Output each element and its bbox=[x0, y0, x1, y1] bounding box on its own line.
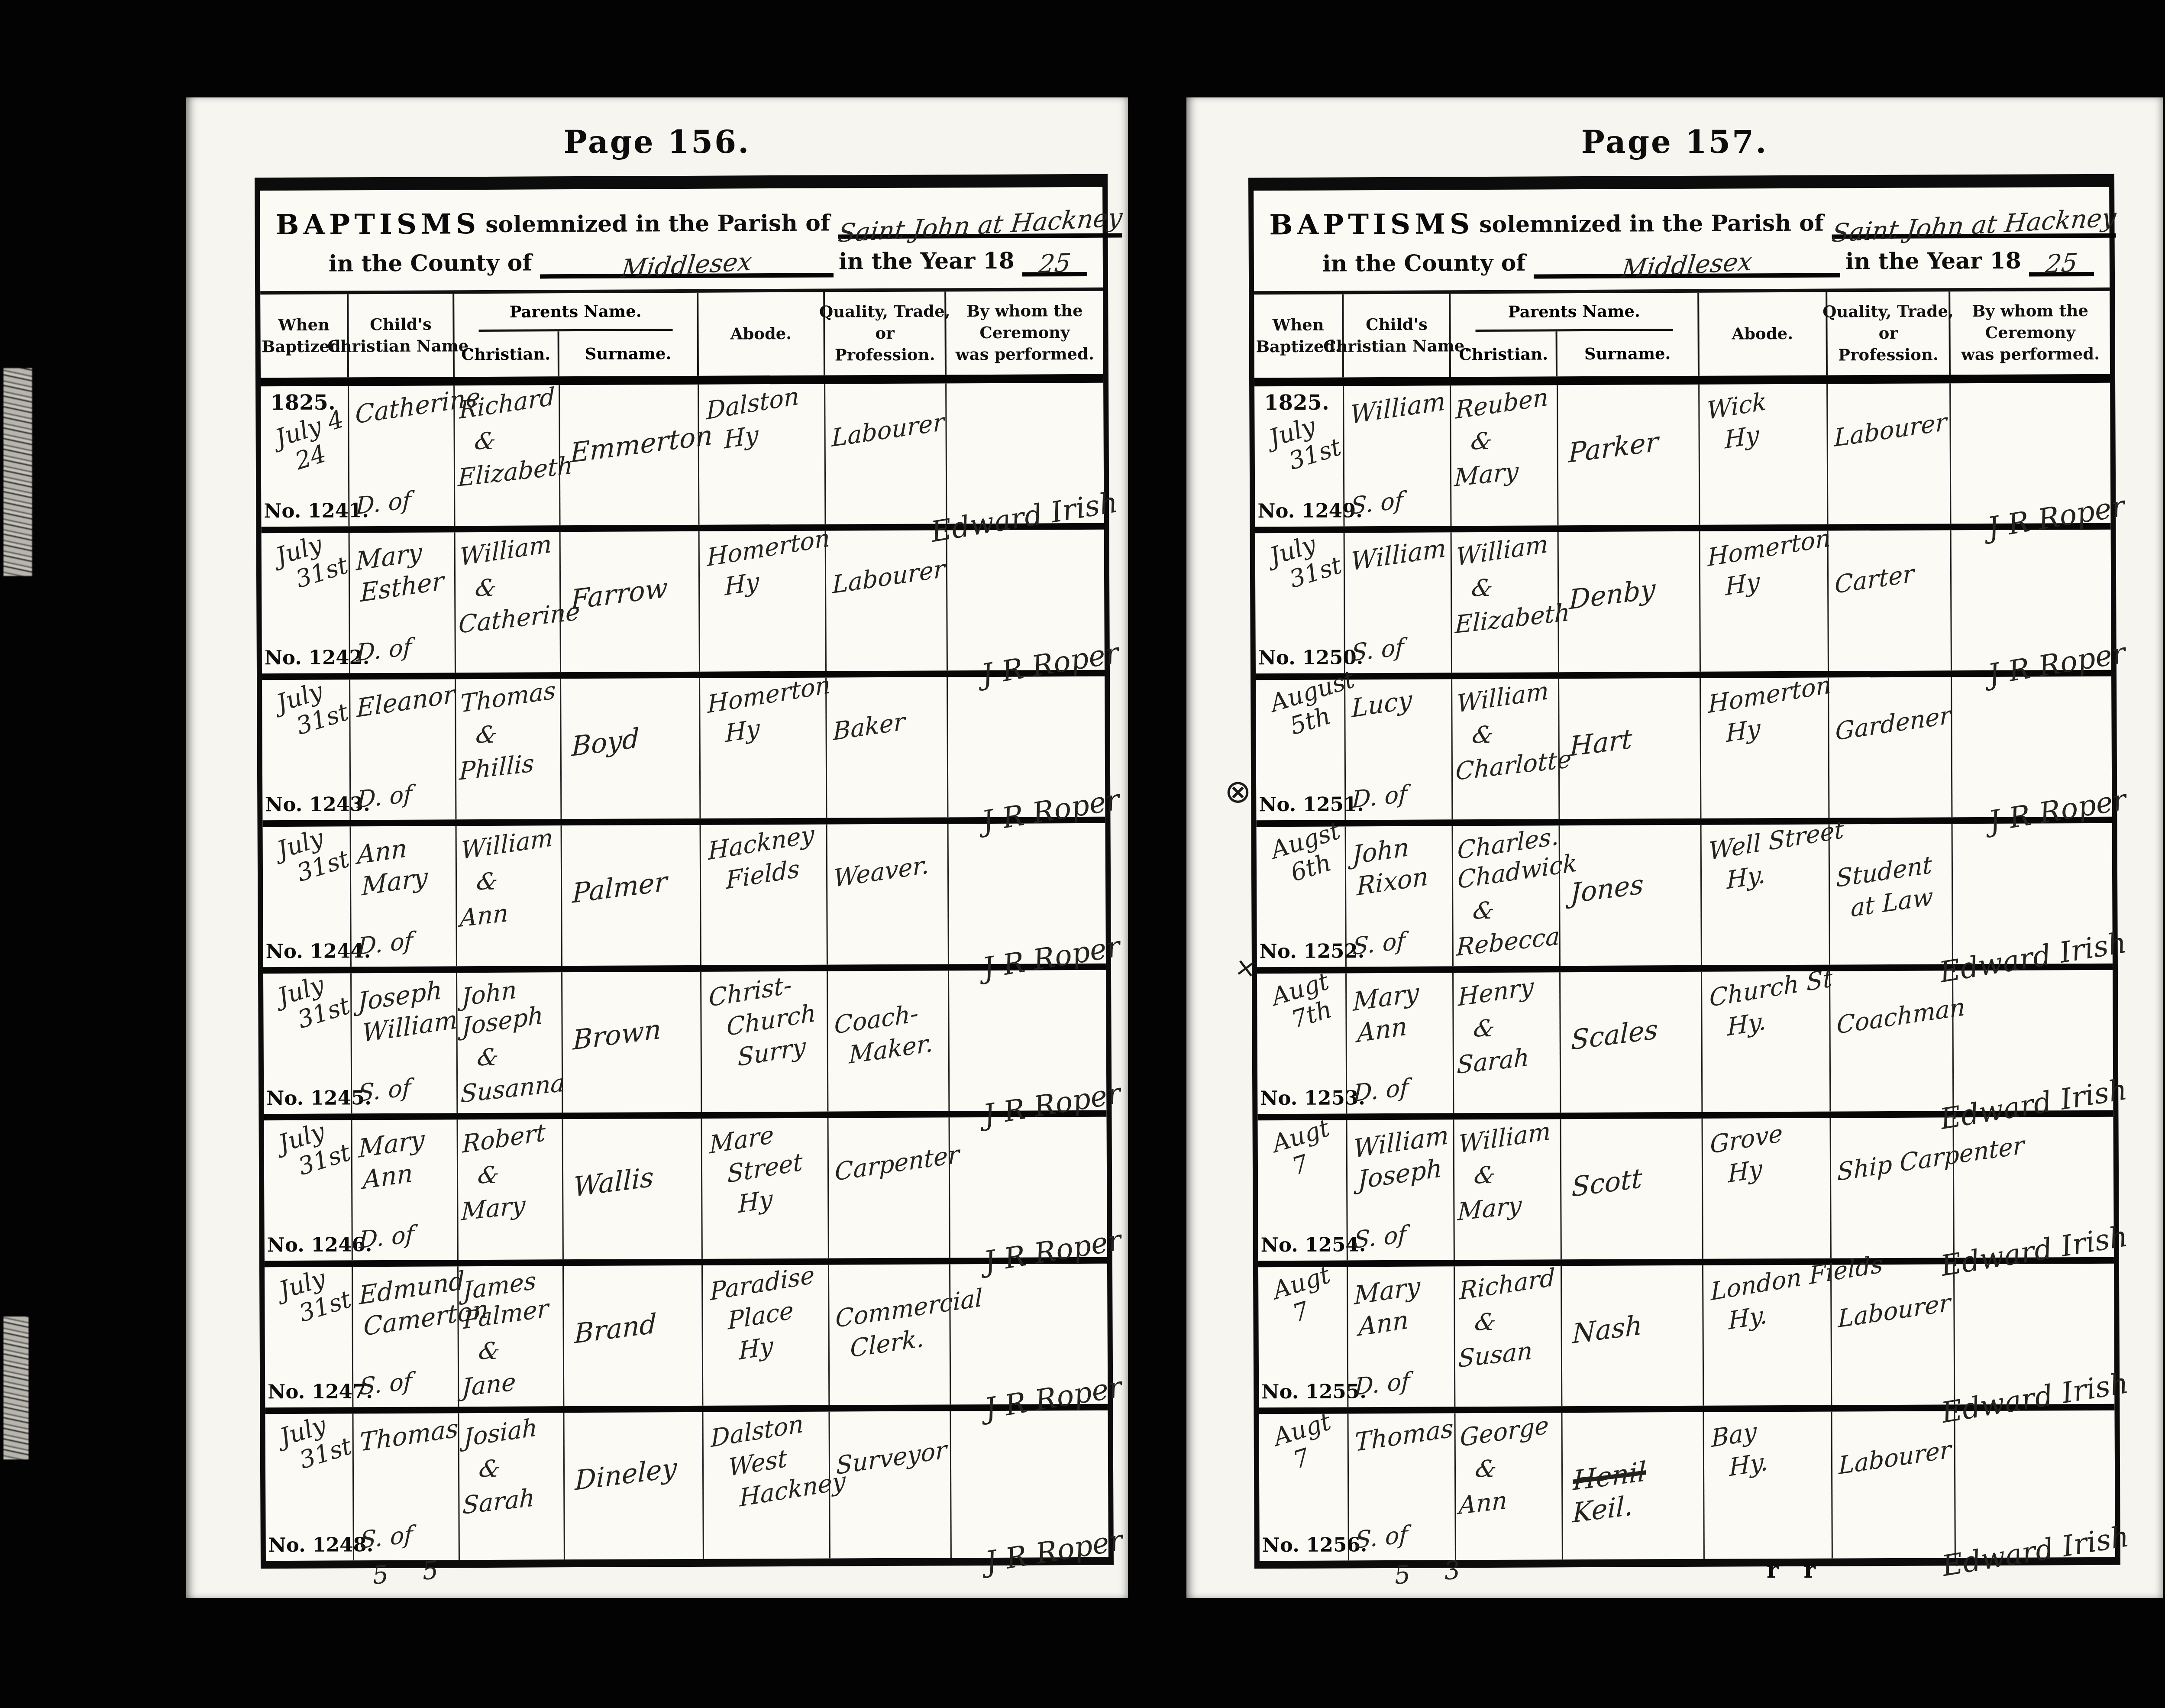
ampersand: & bbox=[474, 867, 563, 895]
quality-trade-cell: Gardener bbox=[1829, 677, 1953, 818]
when-baptized-cell: Augt7No. 1255. bbox=[1258, 1267, 1349, 1407]
father-christian-name: JamesPalmer bbox=[463, 1262, 562, 1336]
parent-surname-cell: Wallis bbox=[563, 1119, 702, 1259]
mother-christian-name: Rebecca bbox=[1456, 922, 1560, 963]
ceremony-by-cell: Edward Irish bbox=[1953, 970, 2113, 1111]
abode: HomertonHy bbox=[707, 524, 825, 606]
child-christian-name: MaryEsther bbox=[356, 532, 453, 609]
ceremony-by-cell: Edward Irish bbox=[1954, 1117, 2114, 1258]
parent-christian-cell: Thomas&Phillis bbox=[456, 679, 562, 819]
table-row: July31stNo. 1246.MaryAnnD. ofRobert&Mary… bbox=[264, 1117, 1107, 1267]
baptism-date: Augt7 bbox=[1270, 1402, 1361, 1478]
mother-christian-name: Susanna bbox=[460, 1069, 562, 1109]
register-rows: 1825.July31stNo. 1249.WilliamS. ofReuben… bbox=[1254, 383, 2115, 1561]
quality-trade-cell: Labourer bbox=[1832, 1264, 1955, 1405]
child-christian-name: WilliamJoseph bbox=[1354, 1119, 1452, 1196]
column-headers: WhenBaptized. Child'sChristian Name. Par… bbox=[260, 291, 1103, 386]
quality-trade-cell: Labourer bbox=[1828, 383, 1952, 524]
parent-surname-cell: Hart bbox=[1560, 678, 1701, 819]
abode: HomertonHy bbox=[1707, 523, 1827, 606]
when-baptized-cell: July31stNo. 1247. bbox=[265, 1267, 354, 1407]
mother-christian-name: Jane bbox=[461, 1362, 563, 1403]
table-row: Augt7No. 1256.ThomasS. ofGeorge&AnnHenil… bbox=[1259, 1410, 2115, 1561]
mother-christian-name: Sarah bbox=[1457, 1040, 1560, 1080]
parents-name-label: Parents Name. bbox=[1476, 293, 1673, 332]
parent-surname-cell: HenilKeil. bbox=[1563, 1412, 1705, 1559]
quality-trade-cell: Weaver. bbox=[827, 824, 949, 964]
year-handwritten-value: 25 bbox=[2044, 248, 2079, 279]
mother-christian-name: Mary bbox=[461, 1187, 562, 1227]
ceremony-by-cell: J R Roper bbox=[949, 970, 1106, 1111]
quality-trade: Labourer bbox=[832, 553, 945, 602]
parent-surname-cell: Scales bbox=[1561, 972, 1702, 1113]
when-baptized-cell: July31stNo. 1243. bbox=[262, 679, 351, 820]
ampersand: & bbox=[1472, 1161, 1563, 1189]
abode-cell: London FieldsHy. bbox=[1703, 1265, 1832, 1406]
abode-cell: Well StreetHy. bbox=[1701, 825, 1830, 965]
abode-cell: HomertonHy bbox=[700, 678, 827, 818]
parent-surname: Scales bbox=[1571, 1008, 1700, 1057]
ampersand: & bbox=[476, 1337, 565, 1365]
child-name-cell: WilliamS. of bbox=[1344, 385, 1452, 526]
father-christian-name: Charles.Chadwick bbox=[1457, 822, 1558, 895]
ampersand: & bbox=[1470, 721, 1561, 748]
parent-surname: Parker bbox=[1568, 421, 1697, 469]
baptism-register-table: BAPTISMS solemnized in the Parish of Sai… bbox=[1248, 174, 2120, 1569]
parents-name-label: Parents Name. bbox=[478, 293, 673, 332]
parent-christian-cell: William&Catherine bbox=[455, 532, 561, 673]
when-baptized-cell: 1825.July31stNo. 1249. bbox=[1254, 386, 1345, 527]
ceremony-by-cell: Edward Irish bbox=[1955, 1264, 2114, 1405]
quality-trade-cell: Baker bbox=[827, 677, 949, 818]
ampersand: & bbox=[1473, 1455, 1564, 1482]
ceremony-by-cell: J R Roper bbox=[947, 530, 1105, 671]
solemnized-text: solemnized in the Parish of bbox=[1474, 210, 1832, 241]
abode: London FieldsHy. bbox=[1710, 1257, 1830, 1340]
abode-cell: HomertonHy bbox=[1700, 531, 1829, 672]
abode: GroveHy bbox=[1709, 1110, 1829, 1194]
child-name-cell: AnnMaryD. of bbox=[351, 826, 457, 967]
table-row: July31stNo. 1247.EdmundCamertonS. ofJame… bbox=[265, 1264, 1108, 1414]
child-name-cell: MaryEstherD. of bbox=[350, 532, 456, 673]
child-christian-name: Thomas bbox=[360, 1413, 457, 1459]
parent-surname: Scott bbox=[1572, 1155, 1701, 1203]
parent-surname-cell: Brand bbox=[564, 1265, 703, 1406]
quality-trade-cell: Labourer bbox=[1832, 1411, 1956, 1558]
year-blank-line: 25 bbox=[1022, 249, 1087, 277]
ampersand: & bbox=[1471, 897, 1561, 925]
quality-trade: Labourer bbox=[1834, 406, 1948, 455]
parent-surname: Farrow bbox=[571, 568, 698, 616]
quality-trade-cell: Coachman bbox=[1830, 970, 1954, 1111]
father-christian-name: Thomas bbox=[460, 675, 559, 719]
parent-surname-cell: Denby bbox=[1559, 531, 1700, 672]
column-headers: WhenBaptized. Child'sChristian Name. Par… bbox=[1254, 291, 2110, 387]
col-parents-name: Parents Name. Christian. Surname. bbox=[454, 293, 699, 377]
father-christian-name: Henry bbox=[1458, 969, 1559, 1013]
mother-christian-name: Ann bbox=[1458, 1480, 1562, 1521]
baptism-register-table: BAPTISMS solemnized in the Parish of Sai… bbox=[255, 174, 1114, 1569]
baptism-date: Augt7 bbox=[1269, 1109, 1360, 1185]
parent-christian-cell: William&Elizabeth bbox=[1452, 532, 1559, 673]
ceremony-by-cell: J R Roper bbox=[948, 676, 1105, 818]
child-relation: D. of bbox=[1354, 1367, 1410, 1401]
parent-christian-cell: Josiah&Sarah bbox=[459, 1413, 565, 1560]
table-row: July31stNo. 1248.ThomasS. ofJosiah&Sarah… bbox=[265, 1410, 1108, 1561]
child-relation: S. of bbox=[1351, 486, 1404, 520]
register-header: BAPTISMS solemnized in the Parish of Sai… bbox=[260, 187, 1103, 294]
quality-trade: Ship Carpenter bbox=[1837, 1140, 1952, 1189]
parent-christian-cell: Robert&Mary bbox=[458, 1119, 564, 1260]
father-christian-name: William bbox=[1456, 528, 1557, 572]
quality-trade: Surveyor bbox=[836, 1434, 949, 1482]
county-handwritten-value: Middlesex bbox=[1620, 246, 1754, 284]
quality-trade-cell: Coach-Maker. bbox=[828, 970, 950, 1111]
child-christian-name: JohnRixon bbox=[1352, 825, 1451, 903]
table-row: August5thNo. 1251.LucyD. ofWilliam&Charl… bbox=[1256, 676, 2112, 827]
when-baptized-cell: Augt7No. 1254. bbox=[1258, 1120, 1348, 1261]
ceremony-by-cell: J R Roper bbox=[1951, 383, 2111, 524]
parent-surname-cell: Boyd bbox=[561, 678, 701, 819]
parish-blank-line: Saint John at Hackney bbox=[1832, 210, 2116, 239]
abode: HackneyFields bbox=[708, 817, 826, 900]
col-parent-christian: Christian. bbox=[1451, 332, 1558, 377]
year-blank-line: 25 bbox=[2029, 249, 2094, 277]
abode: DalstonWestHackney bbox=[710, 1404, 829, 1519]
when-baptized-cell: Augt7thNo. 1253. bbox=[1257, 973, 1347, 1114]
parent-surname: Denby bbox=[1569, 567, 1698, 616]
quality-trade: Labourer bbox=[831, 407, 944, 455]
county-prefix-text: in the County of bbox=[323, 249, 540, 279]
ampersand: & bbox=[1470, 574, 1560, 602]
col-parent-surname: Surname. bbox=[1558, 331, 1698, 376]
child-christian-name: MaryAnn bbox=[1353, 972, 1452, 1049]
mother-christian-name: Elizabeth bbox=[1455, 599, 1558, 640]
page-number-heading: Page 157. bbox=[1186, 97, 2163, 160]
child-christian-name: Lucy bbox=[1352, 678, 1451, 724]
when-baptized-cell: Augst6thNo. 1252. bbox=[1257, 826, 1347, 967]
parent-surname-cell: Parker bbox=[1558, 385, 1700, 525]
baptism-date: July31st bbox=[276, 1256, 365, 1332]
quality-trade: CommercialClerk. bbox=[835, 1287, 948, 1368]
child-relation: D. of bbox=[357, 780, 413, 814]
baptism-date: July31st bbox=[273, 522, 362, 598]
table-row: Augt7No. 1254.WilliamJosephS. ofWilliam&… bbox=[1258, 1117, 2114, 1268]
quality-trade: Carter bbox=[1835, 553, 1949, 602]
parent-surname-cell: Dineley bbox=[564, 1412, 704, 1559]
parent-surname-cell: Jones bbox=[1560, 825, 1702, 966]
mother-christian-name: Catherine bbox=[458, 599, 560, 640]
county-handwritten-value: Middlesex bbox=[620, 246, 754, 284]
mother-christian-name: Phillis bbox=[459, 746, 560, 786]
when-baptized-cell: July31stNo. 1250. bbox=[1255, 533, 1346, 673]
table-row: July31stNo. 1244.AnnMaryD. ofWilliam&Ann… bbox=[263, 823, 1106, 974]
father-christian-name: Robert bbox=[462, 1116, 561, 1159]
ceremony-by-cell: J R Roper bbox=[1952, 676, 2112, 818]
when-baptized-cell: 1825.July 424No. 1241. bbox=[261, 386, 350, 527]
baptism-date: Augt7th bbox=[1268, 962, 1359, 1038]
parish-handwritten-value: Saint John at Hackney bbox=[1830, 202, 2118, 248]
table-row: July31stNo. 1245.JosephWilliamS. ofJohnJ… bbox=[263, 970, 1106, 1120]
register-page-157: Page 157. BAPTISMS solemnized in the Par… bbox=[1186, 97, 2163, 1598]
child-relation: D. of bbox=[1352, 780, 1408, 814]
parent-christian-cell: Charles.Chadwick&Rebecca bbox=[1453, 825, 1561, 966]
abode: Well StreetHy. bbox=[1708, 817, 1828, 900]
quality-trade-cell: Labourer bbox=[825, 383, 947, 524]
baptism-date: July31st bbox=[274, 815, 363, 891]
register-header: BAPTISMS solemnized in the Parish of Sai… bbox=[1254, 187, 2110, 295]
scan-artifact bbox=[3, 368, 32, 576]
child-relation: S. of bbox=[359, 1367, 413, 1401]
when-baptized-cell: Augt7No. 1256. bbox=[1259, 1414, 1349, 1561]
abode: MareStreetHy bbox=[709, 1111, 828, 1225]
child-name-cell: ThomasS. of bbox=[1349, 1413, 1456, 1560]
minister-signature: Edward Irish bbox=[1939, 1520, 2131, 1583]
mother-christian-name: Sarah bbox=[462, 1480, 564, 1520]
quality-trade-cell: Labourer bbox=[826, 530, 948, 671]
baptism-date: July31st bbox=[273, 669, 362, 744]
ceremony-by-cell: J R Roper bbox=[949, 823, 1106, 964]
quality-trade: Labourer bbox=[1838, 1287, 1952, 1336]
parent-surname-cell: Brown bbox=[562, 972, 702, 1113]
parent-surname: Jones bbox=[1570, 861, 1700, 910]
child-christian-name: William bbox=[1351, 385, 1449, 430]
child-name-cell: EdmundCamertonS. of bbox=[353, 1266, 459, 1407]
child-name-cell: ThomasS. of bbox=[354, 1413, 460, 1560]
father-christian-name: William bbox=[461, 822, 559, 866]
col-quality: Quality, Trade,orProfession. bbox=[1827, 291, 1951, 375]
mother-christian-name: Mary bbox=[1457, 1187, 1561, 1227]
parent-christian-cell: JohnJoseph&Susanna bbox=[457, 972, 563, 1113]
when-baptized-cell: July31stNo. 1245. bbox=[263, 973, 352, 1114]
child-relation: S. of bbox=[1354, 1220, 1407, 1254]
parent-surname: HenilKeil. bbox=[1572, 1448, 1702, 1530]
table-row: 1825.July31stNo. 1249.WilliamS. ofReuben… bbox=[1254, 383, 2110, 534]
child-christian-name: Catherine bbox=[355, 385, 452, 431]
quality-trade-cell: Studentat Law bbox=[1829, 824, 1953, 964]
quality-trade: Studentat Law bbox=[1836, 847, 1951, 927]
quality-trade-cell: Carter bbox=[1828, 530, 1952, 671]
child-name-cell: EleanorD. of bbox=[350, 679, 456, 820]
abode-cell: GroveHy bbox=[1703, 1118, 1832, 1259]
baptisms-title: BAPTISMS bbox=[1269, 208, 1474, 241]
mother-christian-name: Mary bbox=[1454, 453, 1558, 493]
page-number-heading: Page 156. bbox=[186, 97, 1128, 160]
table-row: July31stNo. 1243.EleanorD. ofThomas&Phil… bbox=[262, 676, 1105, 827]
parish-handwritten-value: Saint John at Hackney bbox=[837, 202, 1124, 248]
father-christian-name: Richard bbox=[1460, 1262, 1560, 1306]
col-abode: Abode. bbox=[698, 292, 825, 376]
child-name-cell: MaryAnnD. of bbox=[1347, 973, 1454, 1113]
child-christian-name: AnnMary bbox=[357, 825, 455, 903]
child-relation: S. of bbox=[1351, 633, 1405, 666]
father-christian-name: Richard bbox=[459, 382, 558, 425]
col-childs-name: Child'sChristian Name. bbox=[1344, 294, 1451, 377]
child-relation: D. of bbox=[355, 486, 411, 520]
quality-trade-cell: Carpenter bbox=[828, 1117, 950, 1258]
quality-trade: Coachman bbox=[1836, 993, 1951, 1042]
col-childs-name: Child'sChristian Name. bbox=[349, 294, 455, 377]
abode-cell: HackneyFields bbox=[701, 825, 827, 965]
ampersand: & bbox=[475, 1044, 564, 1071]
child-christian-name: EdmundCamerton bbox=[359, 1266, 456, 1343]
abode-cell: DalstonHy bbox=[699, 384, 826, 525]
abode: WickHy bbox=[1706, 376, 1826, 459]
abode-cell: Christ-ChurchSurry bbox=[701, 971, 828, 1112]
year-prefix-text: in the Year 18 bbox=[1840, 248, 2029, 278]
parent-christian-cell: George&Ann bbox=[1456, 1413, 1563, 1560]
parent-christian-cell: Richard&Susan bbox=[1455, 1266, 1562, 1407]
when-baptized-cell: July31stNo. 1242. bbox=[262, 533, 351, 673]
child-name-cell: JohnRixonS. of bbox=[1346, 826, 1454, 967]
father-christian-name: George bbox=[1460, 1409, 1561, 1453]
child-relation: S. of bbox=[1353, 927, 1406, 960]
col-parent-surname: Surname. bbox=[559, 331, 697, 376]
child-christian-name: MaryAnn bbox=[359, 1119, 456, 1197]
ceremony-by-cell: J R Roper bbox=[1952, 530, 2111, 671]
baptism-date: August5th bbox=[1267, 668, 1357, 744]
quality-trade-cell: Ship Carpenter bbox=[1831, 1117, 1955, 1258]
parent-surname: Hart bbox=[1570, 714, 1699, 763]
register-page-156: Page 156. BAPTISMS solemnized in the Par… bbox=[186, 97, 1128, 1598]
child-name-cell: MaryAnnD. of bbox=[352, 1119, 459, 1260]
col-quality: Quality, Trade,orProfession. bbox=[825, 291, 947, 375]
table-row: Augst6thNo. 1252.JohnRixonS. ofCharles.C… bbox=[1257, 823, 2113, 974]
abode-cell: HomertonHy bbox=[699, 531, 826, 672]
mother-christian-name: Susan bbox=[1458, 1333, 1561, 1374]
father-christian-name: William bbox=[459, 528, 558, 572]
child-name-cell: LucyD. of bbox=[1346, 679, 1453, 820]
father-christian-name: William bbox=[1457, 675, 1558, 719]
ceremony-by-cell: Edward Irish bbox=[947, 383, 1104, 524]
quality-trade-cell: Surveyor bbox=[830, 1411, 952, 1558]
ampersand: & bbox=[1472, 1014, 1562, 1042]
ceremony-by-cell: J R Roper bbox=[950, 1264, 1108, 1405]
baptism-date: July 424 bbox=[272, 404, 362, 479]
year-prefix-text: in the Year 18 bbox=[834, 248, 1022, 278]
father-christian-name: JohnJoseph bbox=[462, 969, 560, 1042]
child-christian-name: Eleanor bbox=[357, 679, 454, 725]
table-row: July31stNo. 1250.WilliamS. ofWilliam&Eli… bbox=[1255, 530, 2111, 680]
child-name-cell: JosephWilliamS. of bbox=[352, 973, 458, 1113]
parent-christian-cell: Richard&Elizabeth bbox=[455, 385, 561, 526]
margin-annotation-cross: × bbox=[1233, 951, 1259, 984]
solemnized-text: solemnized in the Parish of bbox=[480, 210, 838, 240]
baptism-date: Augt7 bbox=[1270, 1255, 1360, 1332]
ampersand: & bbox=[472, 427, 561, 455]
abode-cell: DalstonWestHackney bbox=[703, 1412, 830, 1559]
parent-surname-cell: Emmerton bbox=[560, 385, 699, 525]
baptism-date: Augst6th bbox=[1268, 815, 1358, 891]
child-christian-name: William bbox=[1351, 531, 1450, 577]
father-christian-name: Josiah bbox=[463, 1409, 562, 1453]
col-parents-name: Parents Name. Christian. Surname. bbox=[1451, 293, 1700, 377]
col-by-whom: By whom theCeremonywas performed. bbox=[1951, 291, 2110, 375]
ceremony-by-cell: J R Roper bbox=[951, 1410, 1108, 1558]
baptism-date: July31st bbox=[277, 1403, 366, 1478]
scan-artifact bbox=[3, 1317, 29, 1459]
parent-christian-cell: William&Ann bbox=[456, 825, 562, 966]
abode: HomertonHy bbox=[1708, 670, 1828, 753]
ampersand: & bbox=[1469, 427, 1560, 455]
child-relation: D. of bbox=[359, 1220, 414, 1254]
parent-surname: Palmer bbox=[572, 861, 699, 910]
col-abode: Abode. bbox=[1699, 292, 1828, 376]
abode-cell: HomertonHy bbox=[1701, 678, 1830, 818]
ampersand: & bbox=[1473, 1308, 1564, 1336]
parish-blank-line: Saint John at Hackney bbox=[838, 210, 1122, 239]
child-christian-name: Thomas bbox=[1355, 1412, 1454, 1458]
father-christian-name: William bbox=[1459, 1116, 1559, 1159]
signature-mark: r r bbox=[1767, 1557, 1824, 1583]
ampersand: & bbox=[477, 1455, 565, 1482]
page-bottom-handwritten-mark: 5 5 bbox=[371, 1554, 452, 1590]
parent-christian-cell: William&Mary bbox=[1454, 1119, 1562, 1260]
child-christian-name: JosephWilliam bbox=[358, 972, 455, 1050]
child-relation: S. of bbox=[360, 1520, 413, 1554]
child-name-cell: WilliamJosephS. of bbox=[1347, 1119, 1455, 1260]
quality-trade: Labourer bbox=[1839, 1434, 1953, 1482]
child-name-cell: WilliamS. of bbox=[1345, 532, 1452, 673]
ampersand: & bbox=[475, 1161, 564, 1189]
abode: Church StHy. bbox=[1709, 964, 1829, 1047]
quality-trade: Baker bbox=[833, 700, 946, 748]
col-by-whom: By whom theCeremonywas performed. bbox=[946, 291, 1103, 375]
parent-surname: Boyd bbox=[571, 715, 698, 763]
abode-cell: ParadisePlaceHy bbox=[703, 1265, 830, 1406]
year-handwritten-value: 25 bbox=[1037, 248, 1073, 279]
parent-christian-cell: JamesPalmer&Jane bbox=[459, 1266, 565, 1407]
abode: Christ-ChurchSurry bbox=[708, 964, 827, 1078]
margin-annotation-circled-cross: ⊗ bbox=[1225, 773, 1251, 810]
when-baptized-cell: July31stNo. 1246. bbox=[264, 1120, 353, 1261]
ampersand: & bbox=[474, 721, 562, 748]
col-parent-christian: Christian. bbox=[454, 332, 559, 377]
father-christian-name: Reuben bbox=[1456, 382, 1556, 425]
child-name-cell: MaryAnnD. of bbox=[1348, 1266, 1455, 1407]
county-blank-line: Middlesex bbox=[540, 249, 834, 278]
child-relation: S. of bbox=[358, 1074, 411, 1107]
ceremony-by-cell: J R Roper bbox=[950, 1117, 1107, 1258]
baptism-date: July31st bbox=[275, 1109, 365, 1185]
abode-cell: BayHy. bbox=[1704, 1412, 1833, 1559]
parent-surname-cell: Scott bbox=[1561, 1119, 1703, 1259]
quality-trade: Gardener bbox=[1835, 700, 1950, 748]
child-relation: D. of bbox=[356, 633, 412, 667]
parent-christian-cell: Henry&Sarah bbox=[1454, 972, 1561, 1113]
child-christian-name: MaryAnn bbox=[1354, 1265, 1453, 1343]
abode-cell: WickHy bbox=[1700, 384, 1829, 525]
mother-christian-name: Elizabeth bbox=[457, 453, 559, 493]
parent-christian-cell: William&Charlotte bbox=[1453, 679, 1560, 819]
county-prefix-text: in the County of bbox=[1317, 250, 1534, 280]
abode: ParadisePlaceHy bbox=[710, 1258, 828, 1372]
register-rows: 1825.July 424No. 1241.CatherineD. ofRich… bbox=[261, 383, 1108, 1561]
table-row: July31stNo. 1242.MaryEstherD. ofWilliam&… bbox=[262, 530, 1105, 680]
parent-surname: Wallis bbox=[573, 1155, 700, 1203]
mother-christian-name: Ann bbox=[459, 893, 561, 933]
abode-cell: Church StHy. bbox=[1702, 971, 1831, 1112]
quality-trade: Weaver. bbox=[834, 847, 947, 895]
baptism-date: July31st bbox=[275, 962, 364, 1038]
baptisms-title: BAPTISMS bbox=[275, 208, 480, 241]
table-row: Augt7thNo. 1253.MaryAnnD. ofHenry&SarahS… bbox=[1257, 970, 2113, 1121]
parent-surname: Brand bbox=[574, 1302, 701, 1350]
parent-surname: Dineley bbox=[575, 1449, 701, 1497]
ampersand: & bbox=[473, 574, 562, 602]
ceremony-by-cell: Edward Irish bbox=[1955, 1410, 2115, 1558]
ceremony-by-cell: Edward Irish bbox=[1953, 823, 2113, 964]
